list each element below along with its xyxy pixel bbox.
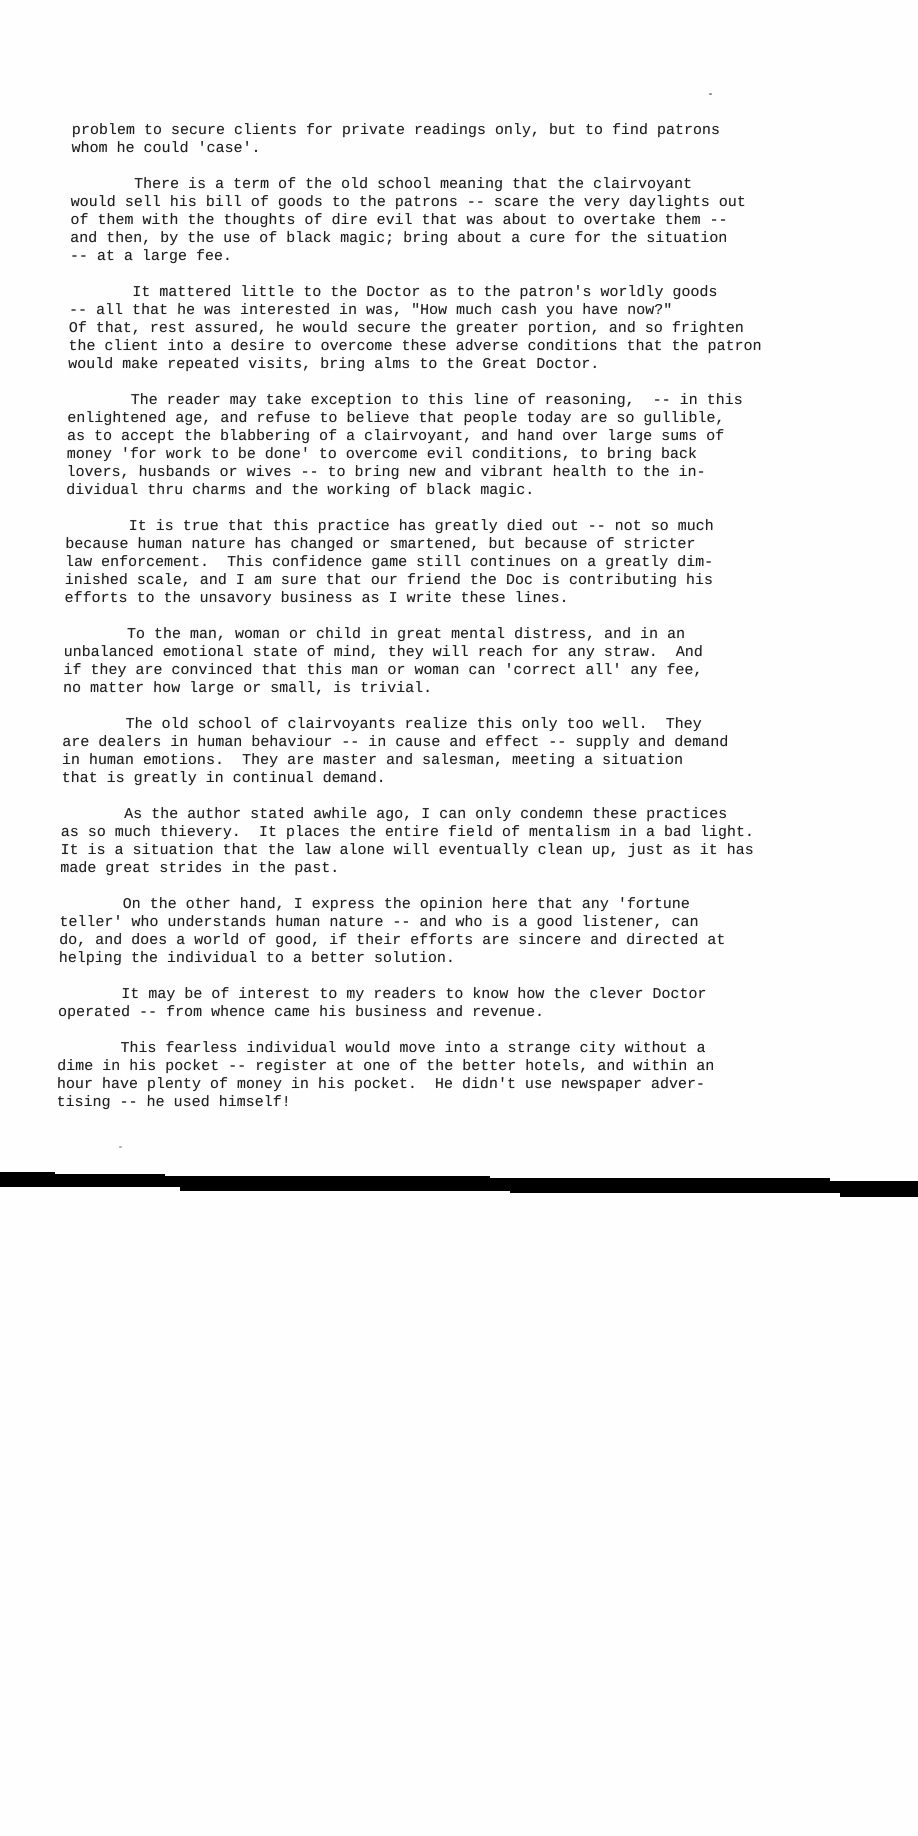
scan-artifact-black-bar xyxy=(0,1168,918,1198)
paragraph-7: The old school of clairvoyants realize t… xyxy=(62,716,863,788)
paragraph-11: This fearless individual would move into… xyxy=(56,1040,857,1112)
paragraph-5: It is true that this practice has greatl… xyxy=(64,518,865,608)
paragraph-1: problem to secure clients for private re… xyxy=(71,122,872,158)
scan-speck xyxy=(709,93,712,95)
paragraph-10: It may be of interest to my readers to k… xyxy=(58,986,859,1022)
paragraph-6: To the man, woman or child in great ment… xyxy=(63,626,864,698)
scanned-document-page: problem to secure clients for private re… xyxy=(0,0,918,1836)
scan-speck xyxy=(119,1146,122,1148)
paragraph-8: As the author stated awhile ago, I can o… xyxy=(60,806,861,878)
paragraph-9: On the other hand, I express the opinion… xyxy=(59,896,860,968)
page-text-block: problem to secure clients for private re… xyxy=(56,122,872,1130)
paragraph-2: There is a term of the old school meanin… xyxy=(70,176,871,266)
paragraph-3: It mattered little to the Doctor as to t… xyxy=(68,284,869,374)
paragraph-4: The reader may take exception to this li… xyxy=(66,392,868,500)
